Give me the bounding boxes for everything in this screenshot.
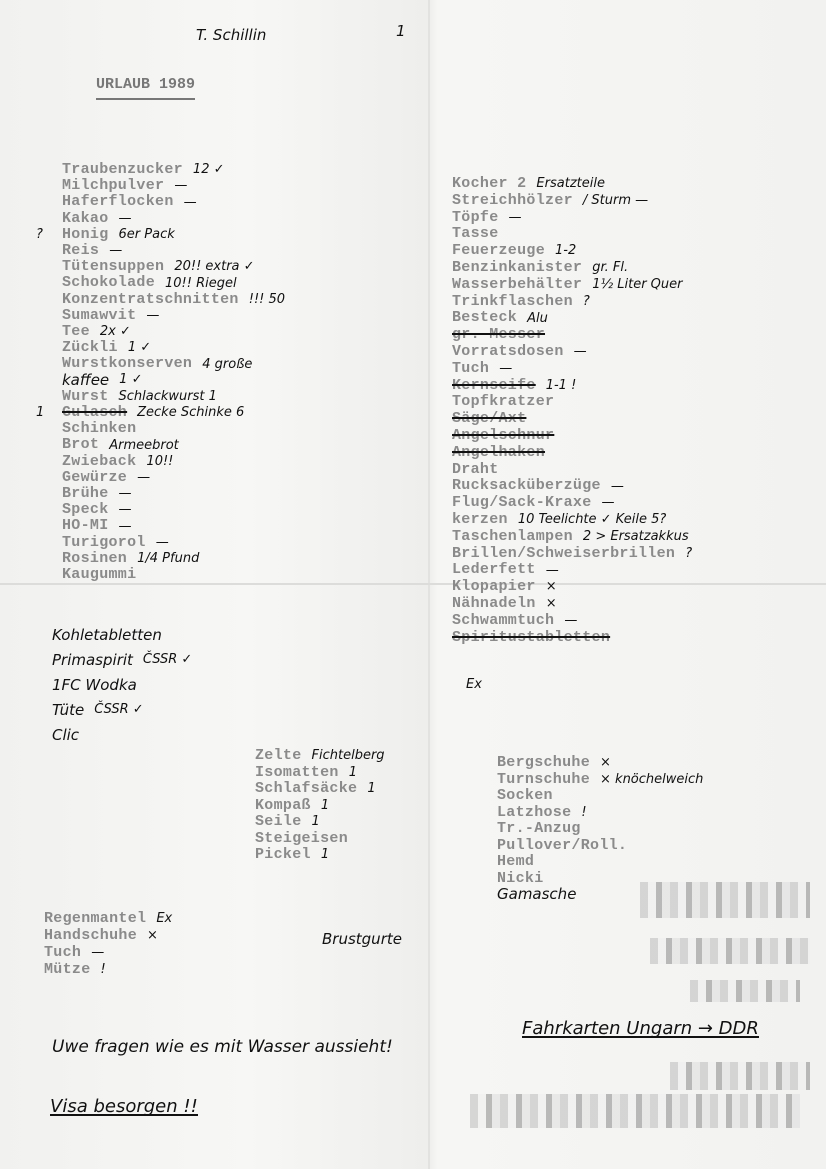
item-name: Feuerzeuge — [452, 243, 545, 260]
item-name: Brühe — [62, 486, 109, 503]
item-name: Tüte — [52, 703, 84, 717]
item-name: Taschenlampen — [452, 529, 573, 546]
item-note: — — [146, 309, 159, 323]
item-name: Tuch — [44, 945, 81, 962]
list-item: Kakao— — [62, 211, 132, 228]
item-name: kaffee — [62, 373, 109, 387]
item-name: Handschuhe — [44, 928, 137, 945]
item-name: Flug/Sack-Kraxe — [452, 495, 592, 512]
list-item: Speck— — [62, 502, 132, 519]
item-note: — — [91, 946, 104, 960]
list-item: Töpfe— — [452, 210, 522, 227]
item-name: Traubenzucker — [62, 162, 183, 179]
list-item: TüteČSSR ✓ — [52, 703, 144, 717]
item-name: Regenmantel — [44, 911, 146, 928]
list-item: Brillen/Schweiserbrillen? — [452, 546, 692, 563]
list-item: Reis— — [62, 243, 122, 260]
list-item: Isomatten1 — [255, 765, 357, 782]
item-name: Vorratsdosen — [452, 344, 564, 361]
list-item: Turigorol— — [62, 535, 169, 552]
list-item: Lederfett— — [452, 562, 559, 579]
item-name: Tr.-Anzug — [497, 821, 581, 838]
list-item: Draht — [452, 462, 509, 479]
item-note: — — [602, 496, 615, 510]
gear-extra-note: Ex — [466, 678, 482, 692]
list-item: Mütze! — [44, 962, 106, 979]
list-item: Tr.-Anzug — [497, 821, 591, 838]
item-note: × — [546, 597, 557, 611]
item-note: — — [119, 487, 132, 501]
list-item: Kocher 2Ersatzteile — [452, 176, 605, 193]
item-name: Mütze — [44, 962, 91, 979]
list-item: Schokolade10!! Riegel — [62, 275, 237, 292]
item-note: 1-1 ! — [546, 379, 577, 393]
list-item: Latzhose! — [497, 805, 587, 822]
document-page: T. Schillin 1 URLAUB 1989 Traubenzucker1… — [0, 0, 826, 1169]
item-note: — — [119, 503, 132, 517]
item-name: Kernseife — [452, 378, 536, 395]
item-note: ! — [581, 806, 586, 820]
list-item: Bergschuhe× — [497, 755, 611, 772]
item-name: Tee — [62, 324, 90, 341]
item-note: — — [184, 196, 197, 210]
item-name: Benzinkanister — [452, 260, 582, 277]
item-name: Primaspirit — [52, 653, 133, 667]
item-name: Wurst — [62, 389, 109, 406]
list-item: Gamasche — [497, 887, 586, 901]
item-note: Ersatzteile — [536, 177, 605, 191]
item-name: Wasserbehälter — [452, 277, 582, 294]
item-name: Gewürze — [62, 470, 127, 487]
item-name: Rucksacküberzüge — [452, 478, 601, 495]
list-item: Zückli1 ✓ — [62, 340, 151, 357]
list-item: Tuch— — [44, 945, 104, 962]
list-item: Nähnadeln× — [452, 596, 557, 613]
item-note: × — [546, 580, 557, 594]
item-note: — — [119, 520, 132, 534]
list-item: HO-MI— — [62, 518, 132, 535]
item-note: 12 ✓ — [193, 163, 225, 177]
list-item: Clic — [52, 728, 89, 742]
item-note: ? — [583, 295, 590, 309]
item-name: Kaugummi — [62, 567, 136, 584]
list-item: BrotArmeebrot — [62, 437, 179, 454]
item-note: 1 — [321, 848, 329, 862]
list-item: kerzen10 Teelichte ✓ Keile 5? — [452, 512, 666, 529]
item-note: Ex — [156, 912, 172, 926]
list-item: Konzentratschnitten!!! 50 — [62, 292, 285, 309]
list-item: kaffee1 ✓ — [62, 373, 142, 387]
list-item: Schlafsäcke1 — [255, 781, 376, 798]
item-note: Alu — [527, 312, 548, 326]
item-name: Seile — [255, 814, 302, 831]
item-name: Schwammtuch — [452, 613, 554, 630]
page-number: 1 — [396, 24, 406, 38]
item-note: — — [611, 480, 624, 494]
list-item: BesteckAlu — [452, 310, 548, 327]
item-note: ! — [101, 963, 106, 977]
item-note: 10!! Riegel — [165, 277, 237, 291]
item-name: Tütensuppen — [62, 259, 164, 276]
item-note: Schlackwurst 1 — [119, 390, 217, 404]
item-name: Schinken — [62, 421, 136, 438]
list-item: Klopapier× — [452, 579, 557, 596]
list-item: WurstSchlackwurst 1 — [62, 389, 217, 406]
item-name: Rosinen — [62, 551, 127, 568]
list-item: Kompaß1 — [255, 798, 329, 815]
item-note: 1 ✓ — [119, 373, 142, 387]
list-item: Rosinen1/4 Pfund — [62, 551, 199, 568]
item-name: Nähnadeln — [452, 596, 536, 613]
item-name: Haferflocken — [62, 194, 174, 211]
list-item: Topfkratzer — [452, 394, 564, 411]
item-name: Isomatten — [255, 765, 339, 782]
item-name: Speck — [62, 502, 109, 519]
list-item: Vorratsdosen— — [452, 344, 587, 361]
list-item: Streichhölzer/ Sturm — — [452, 193, 648, 210]
item-name: Gulasch — [62, 405, 127, 422]
list-item: Säge/Axt — [452, 411, 536, 428]
item-note: 1 — [367, 782, 375, 796]
item-note: 1 — [321, 799, 329, 813]
item-note: — — [156, 536, 169, 550]
item-note: — — [564, 614, 577, 628]
list-item: ZelteFichtelberg — [255, 748, 385, 765]
item-note: — — [509, 211, 522, 225]
list-item: Pickel1 — [255, 847, 329, 864]
list-item: Zwieback10!! — [62, 454, 173, 471]
list-item: Brühe— — [62, 486, 132, 503]
list-item: Handschuhe× — [44, 928, 158, 945]
item-name: Töpfe — [452, 210, 499, 227]
item-note: 1/4 Pfund — [137, 552, 199, 566]
list-item: Taschenlampen2 > Ersatzakkus — [452, 529, 689, 546]
list-item: Spiritustabletten — [452, 630, 620, 647]
item-name: Brillen/Schweiserbrillen — [452, 546, 675, 563]
list-item: 1FC Wodka — [52, 678, 147, 692]
list-item: Traubenzucker12 ✓ — [62, 162, 225, 179]
item-name: Pickel — [255, 847, 311, 864]
item-note: — — [546, 564, 559, 578]
item-note: — — [174, 179, 187, 193]
item-name: Lederfett — [452, 562, 536, 579]
item-name: Draht — [452, 462, 499, 479]
item-note: 6er Pack — [119, 228, 175, 242]
item-name: Turigorol — [62, 535, 146, 552]
item-name: Zwieback — [62, 454, 136, 471]
item-name: Tasse — [452, 226, 499, 243]
item-note: × knöchelweich — [600, 773, 703, 787]
margin-mark: 1 — [36, 406, 44, 420]
item-name: Tuch — [452, 361, 489, 378]
list-item: Tuch— — [452, 361, 512, 378]
note-visa: Visa besorgen !! — [50, 1100, 198, 1116]
item-note: gr. Fl. — [592, 261, 628, 275]
item-note: 1-2 — [555, 244, 576, 258]
redacted-block — [470, 1094, 800, 1128]
item-name: Reis — [62, 243, 99, 260]
item-name: Schlafsäcke — [255, 781, 357, 798]
list-item: Hemd — [497, 854, 544, 871]
item-name: Kocher 2 — [452, 176, 526, 193]
item-name: Pullover/Roll. — [497, 838, 627, 855]
list-item: Milchpulver— — [62, 178, 187, 195]
list-item: Kernseife1-1 ! — [452, 378, 576, 395]
item-note: 2 > Ersatzakkus — [583, 530, 689, 544]
item-note: 1 ✓ — [128, 341, 151, 355]
item-name: Schokolade — [62, 275, 155, 292]
list-item: RegenmantelEx — [44, 911, 172, 928]
item-name: Brot — [62, 437, 99, 454]
redacted-block — [670, 1062, 810, 1090]
item-note: × — [147, 929, 158, 943]
item-note: !!! 50 — [249, 293, 285, 307]
item-note: 10!! — [146, 455, 173, 469]
item-note: — — [574, 345, 587, 359]
author-name: T. Schillin — [196, 28, 266, 42]
item-note: 1 — [312, 815, 320, 829]
item-note: 2x ✓ — [100, 325, 131, 339]
list-item: Seile1 — [255, 814, 320, 831]
item-name: Clic — [52, 728, 79, 742]
item-note: — — [109, 244, 122, 258]
list-item: 1GulaschZecke Schinke 6 — [62, 405, 244, 422]
item-note: 1½ Liter Quer — [592, 278, 682, 292]
item-note: 4 große — [202, 358, 252, 372]
item-name: Milchpulver — [62, 178, 164, 195]
redacted-block — [640, 882, 810, 918]
list-item: Tütensuppen20!! extra ✓ — [62, 259, 255, 276]
list-item: Turnschuhe× knöchelweich — [497, 772, 703, 789]
item-name: Honig — [62, 227, 109, 244]
item-name: Trinkflaschen — [452, 294, 573, 311]
page-title: URLAUB 1989 — [96, 76, 195, 100]
item-note: Armeebrot — [109, 439, 179, 453]
item-note: — — [499, 362, 512, 376]
list-item: Gewürze— — [62, 470, 150, 487]
item-name: HO-MI — [62, 518, 109, 535]
redacted-block — [690, 980, 800, 1002]
item-name: Streichhölzer — [452, 193, 573, 210]
list-item: Rucksacküberzüge— — [452, 478, 624, 495]
list-item: Tee2x ✓ — [62, 324, 131, 341]
list-item: Tasse — [452, 226, 509, 243]
item-name: Kohletabletten — [52, 628, 162, 642]
item-name: Klopapier — [452, 579, 536, 596]
item-name: Zelte — [255, 748, 302, 765]
item-name: Hemd — [497, 854, 534, 871]
redacted-block — [650, 938, 810, 964]
item-note: Fichtelberg — [312, 749, 385, 763]
item-name: Socken — [497, 788, 553, 805]
item-name: Gamasche — [497, 887, 576, 901]
list-item: Benzinkanistergr. Fl. — [452, 260, 628, 277]
item-name: Angelschnur — [452, 428, 554, 445]
item-name: Spiritustabletten — [452, 630, 610, 647]
list-item: Sumawvit— — [62, 308, 159, 325]
item-name: Besteck — [452, 310, 517, 327]
item-name: Kompaß — [255, 798, 311, 815]
list-item: Socken — [497, 788, 563, 805]
item-name: Topfkratzer — [452, 394, 554, 411]
item-note: ? — [685, 547, 692, 561]
list-item: Kaugummi — [62, 567, 146, 584]
item-name: Angelhaken — [452, 445, 545, 462]
list-item: Angelschnur — [452, 428, 564, 445]
note-fahrkarten: Fahrkarten Ungarn → DDR — [522, 1022, 759, 1038]
list-item: ?Honig6er Pack — [62, 227, 175, 244]
item-note: 1 — [349, 766, 357, 780]
item-name: Säge/Axt — [452, 411, 526, 428]
item-note: — — [119, 212, 132, 226]
item-note: 10 Teelichte ✓ Keile 5? — [518, 513, 666, 527]
item-note: × — [600, 756, 611, 770]
list-item: Steigeisen — [255, 831, 358, 848]
item-note: ČSSR ✓ — [94, 703, 143, 717]
item-note: / Sturm — — [583, 194, 648, 208]
note-uwe: Uwe fragen wie es mit Wasser aussieht! — [52, 1040, 393, 1054]
list-item: Wasserbehälter1½ Liter Quer — [452, 277, 682, 294]
item-name: Turnschuhe — [497, 772, 590, 789]
item-name: Kakao — [62, 211, 109, 228]
list-item: Kohletabletten — [52, 628, 172, 642]
item-note: Zecke Schinke 6 — [137, 406, 244, 420]
note-brustgurte: Brustgurte — [322, 932, 402, 946]
list-item: Feuerzeuge1-2 — [452, 243, 576, 260]
item-note: ČSSR ✓ — [143, 653, 192, 667]
item-note: 20!! extra ✓ — [174, 260, 254, 274]
item-name: gr. Messer — [452, 327, 545, 344]
item-name: Steigeisen — [255, 831, 348, 848]
list-item: PrimaspiritČSSR ✓ — [52, 653, 192, 667]
list-item: Schinken — [62, 421, 146, 438]
item-name: 1FC Wodka — [52, 678, 137, 692]
item-name: kerzen — [452, 512, 508, 529]
list-item: Angelhaken — [452, 445, 555, 462]
item-name: Zückli — [62, 340, 118, 357]
item-name: Konzentratschnitten — [62, 292, 239, 309]
list-item: gr. Messer — [452, 327, 555, 344]
list-item: Schwammtuch— — [452, 613, 577, 630]
list-item: Haferflocken— — [62, 194, 197, 211]
margin-mark: ? — [36, 228, 43, 242]
item-name: Latzhose — [497, 805, 571, 822]
item-note: — — [137, 471, 150, 485]
list-item: Trinkflaschen? — [452, 294, 590, 311]
list-item: Flug/Sack-Kraxe— — [452, 495, 615, 512]
item-name: Bergschuhe — [497, 755, 590, 772]
item-name: Sumawvit — [62, 308, 136, 325]
list-item: Pullover/Roll. — [497, 838, 637, 855]
